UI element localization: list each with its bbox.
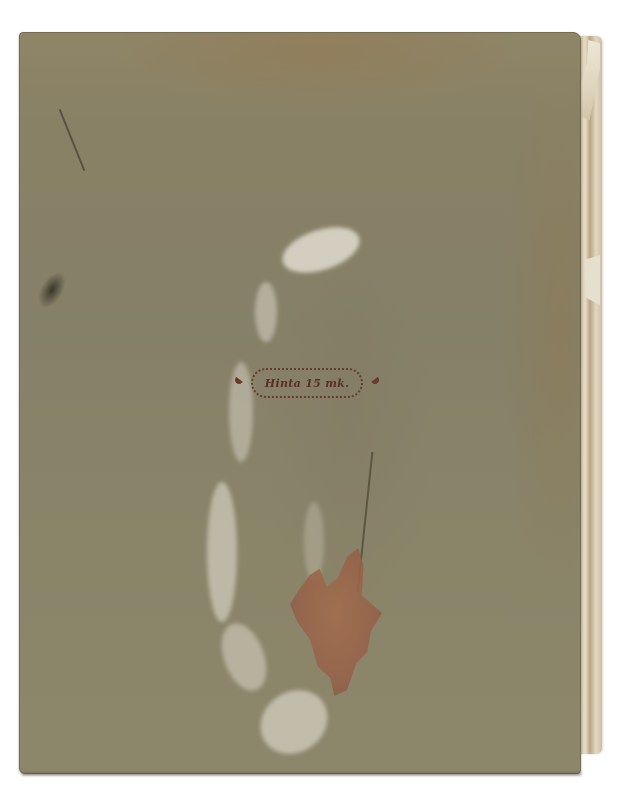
abrasion-mark	[207, 482, 237, 622]
abrasion-mark	[304, 502, 324, 582]
abrasion-mark	[248, 677, 340, 766]
scanned-book-back-cover: Hinta 15 mk.	[0, 0, 618, 800]
abrasion-mark	[213, 617, 275, 696]
price-label: Hinta 15 mk.	[233, 366, 381, 400]
book-cover	[19, 32, 581, 774]
torn-page-tab	[584, 255, 600, 305]
cover-bottom-shadow	[22, 772, 582, 776]
ornament-arrow-right-icon	[371, 376, 379, 388]
abrasion-mark	[277, 219, 365, 282]
ink-smudge	[32, 267, 71, 313]
price-text: Hinta 15 mk.	[265, 377, 349, 390]
pencil-mark	[59, 109, 86, 171]
abrasion-mark	[255, 282, 277, 342]
ornament-arrow-left-icon	[235, 376, 243, 388]
